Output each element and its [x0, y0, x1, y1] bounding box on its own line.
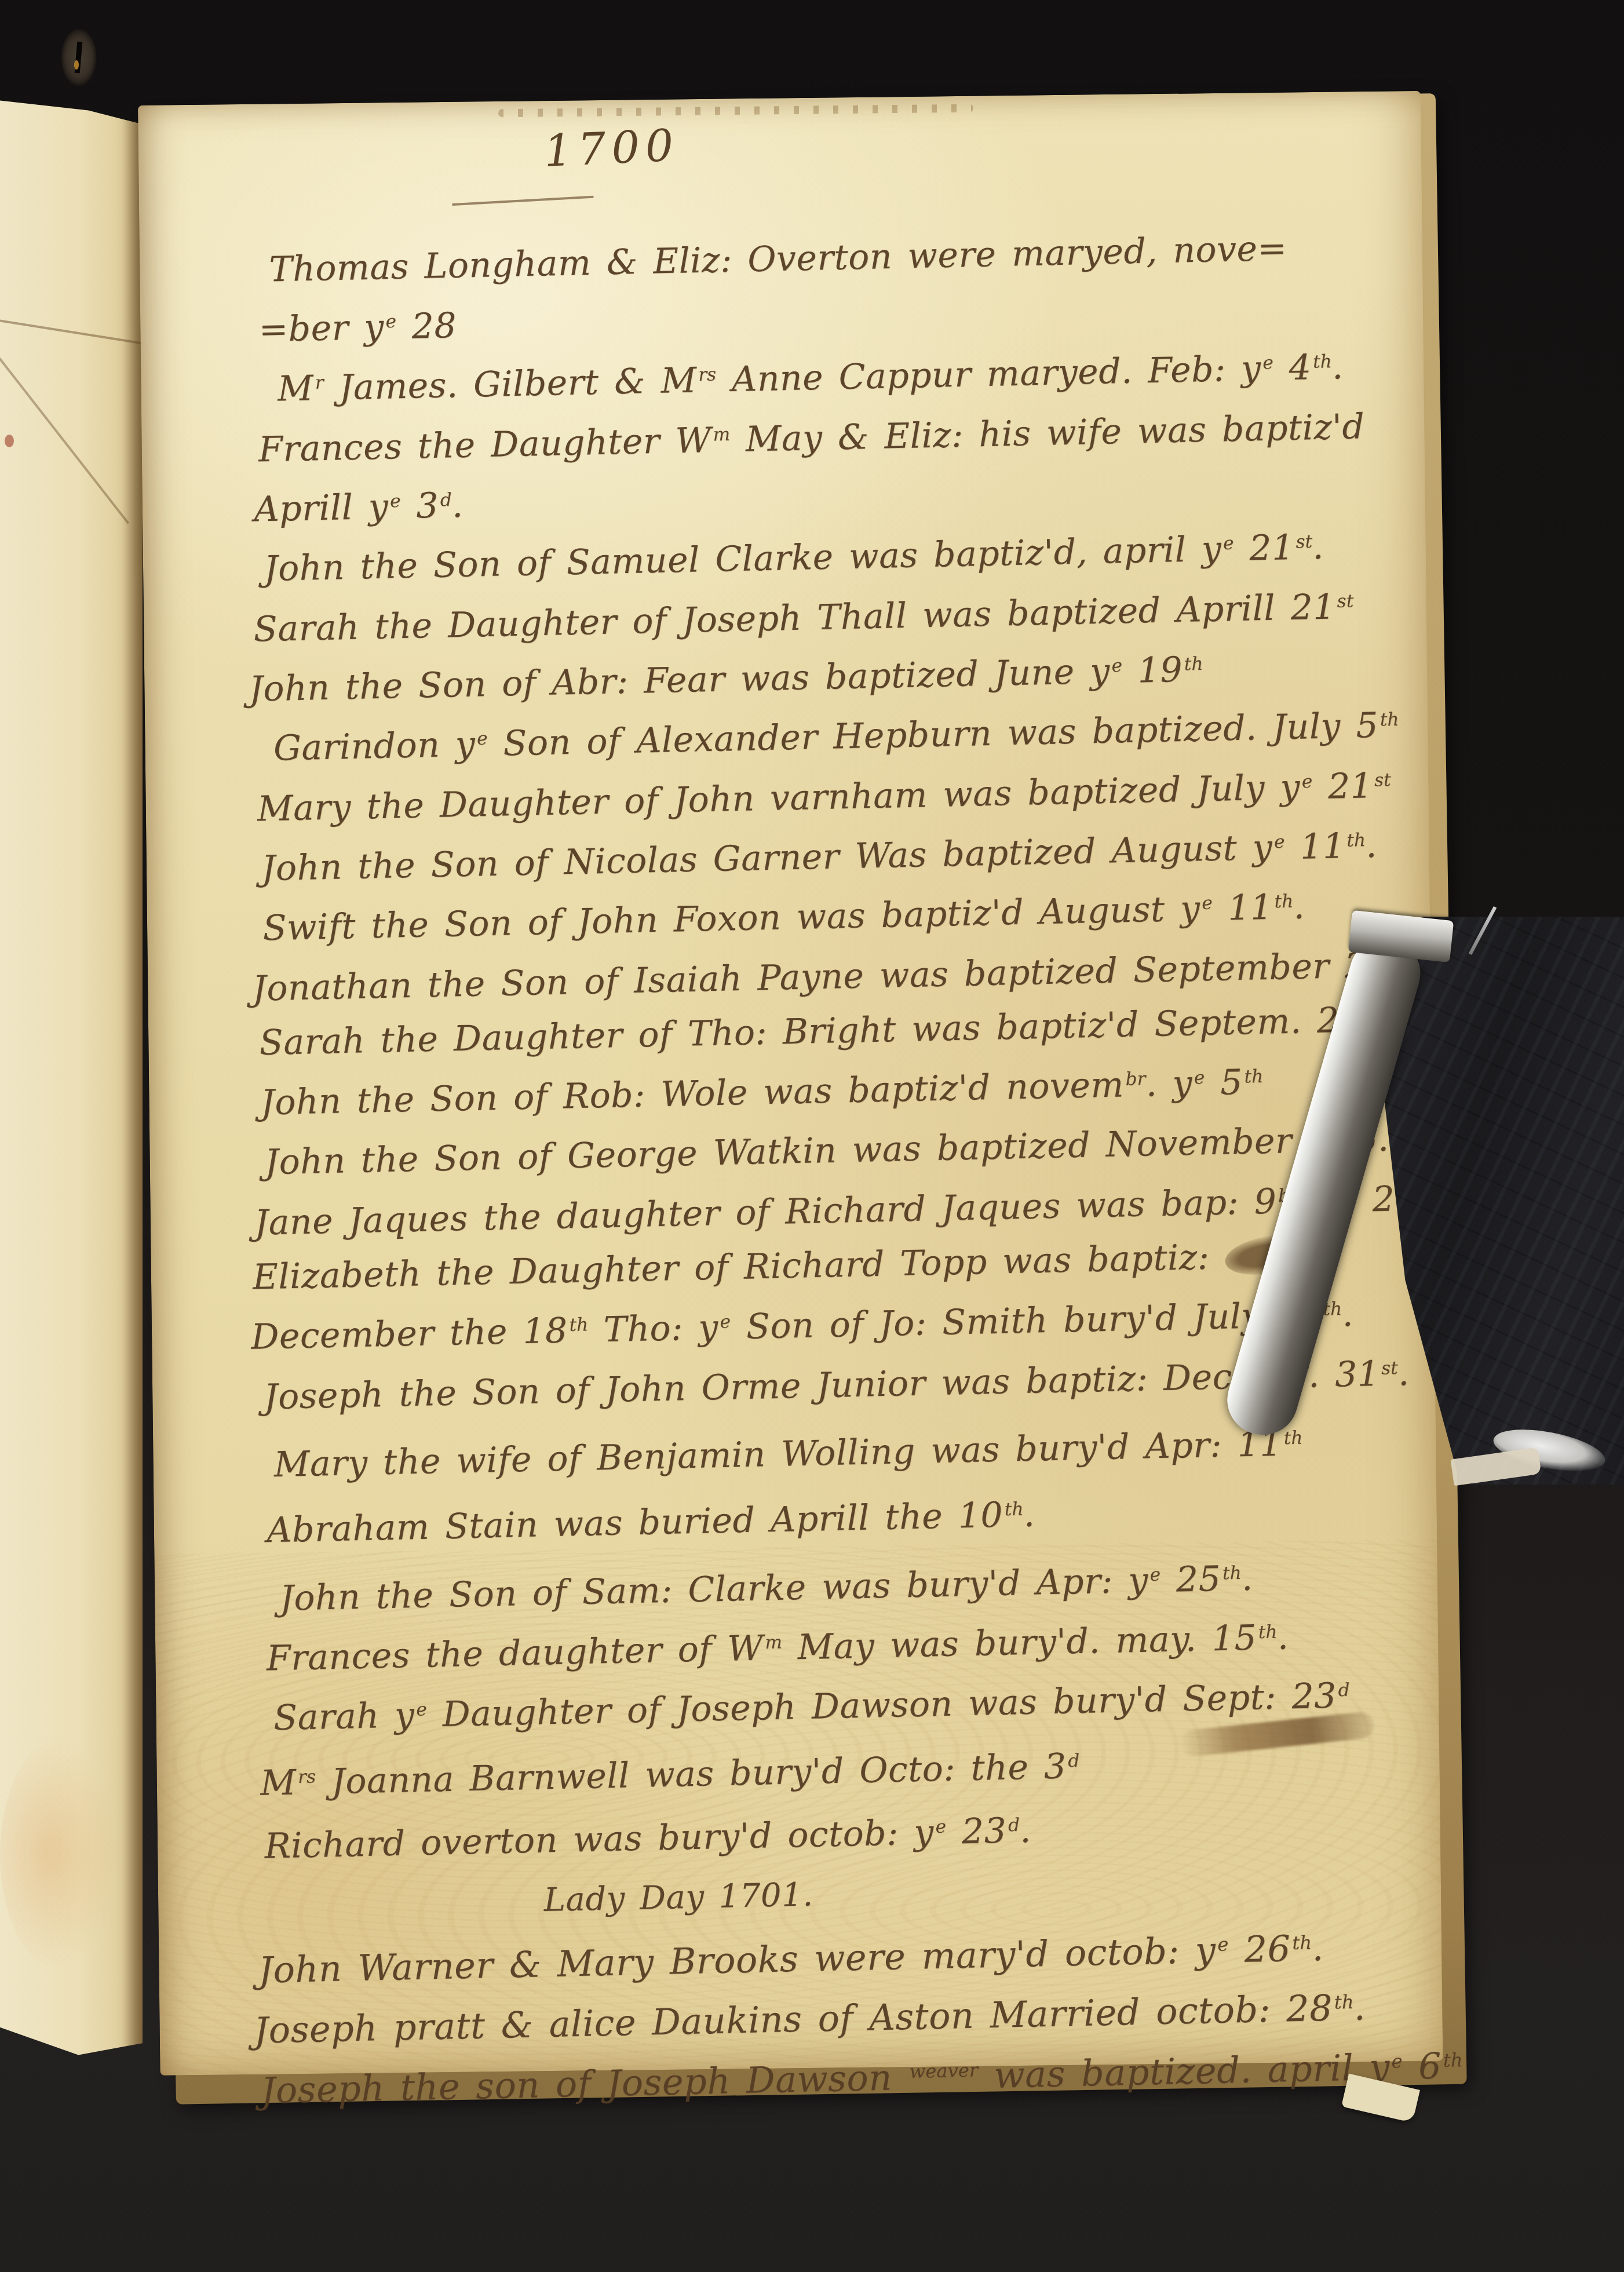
grommet-fleck [74, 60, 79, 70]
superscript: e [1262, 353, 1273, 374]
preservation-clip [1350, 902, 1624, 1487]
parchment-speck [5, 435, 14, 447]
superscript: rs [698, 364, 717, 386]
photo-backdrop: 1700 Thomas Longham & Eliz: Overton were… [0, 0, 1624, 2272]
superscript: th [1184, 654, 1203, 675]
superscript: th [1283, 1427, 1302, 1449]
superscript: r [315, 373, 324, 393]
ink-mark [0, 313, 129, 524]
superscript: th [1443, 2049, 1463, 2072]
superscript: e [1301, 771, 1312, 792]
superscript: st [1337, 590, 1353, 612]
superscript: e [1149, 1564, 1160, 1585]
register-lines: Thomas Longham & Eliz: Overton were mary… [208, 219, 1438, 2119]
superscript: e [1391, 2050, 1403, 2072]
parchment-stain [0, 1738, 122, 1970]
superscript: d [1068, 1750, 1080, 1771]
leather-fragment [1384, 917, 1624, 1485]
superscript: e [477, 728, 488, 749]
superscript: m [713, 424, 730, 446]
facing-page-edge [0, 93, 143, 2063]
superscript: br [1125, 1068, 1146, 1090]
superscript: th [1274, 891, 1293, 913]
manuscript-page: 1700 Thomas Longham & Eliz: Overton were… [138, 91, 1443, 2076]
superscript: e [1194, 1067, 1205, 1088]
superscript: e [1217, 1934, 1229, 1956]
superscript: th [1258, 1621, 1277, 1643]
superscript: e [1202, 893, 1213, 914]
superscript: e [1111, 655, 1122, 676]
year-underline [452, 196, 594, 206]
superscript: weaver [909, 2059, 978, 2083]
superscript: e [720, 1311, 731, 1332]
superscript: e [385, 311, 396, 332]
superscript: st [1374, 770, 1391, 791]
leather-folds [1384, 917, 1624, 1485]
superscript: th [1244, 1066, 1263, 1088]
superscript: th [569, 1314, 588, 1336]
superscript: th [1313, 351, 1332, 373]
superscript: e [390, 491, 401, 512]
superscript: th [1346, 830, 1366, 851]
year-heading: 1700 [543, 119, 680, 177]
backdrop-grommet [60, 27, 98, 88]
superscript: rs [298, 1766, 316, 1788]
superscript: d [440, 490, 452, 510]
superscript: e [1274, 832, 1285, 852]
superscript: th [1334, 1991, 1354, 2014]
superscript: e [1223, 533, 1234, 554]
superscript: th [1292, 1932, 1312, 1954]
superscript: st [1295, 531, 1312, 553]
superscript: th [1222, 1562, 1242, 1584]
superscript: d [1338, 1680, 1350, 1701]
superscript: th [1005, 1499, 1024, 1520]
superscript: e [935, 1816, 946, 1837]
superscript: th [1380, 709, 1399, 731]
superscript: m [765, 1632, 782, 1653]
superscript: d [1008, 1815, 1020, 1836]
superscript: e [416, 1700, 427, 1720]
